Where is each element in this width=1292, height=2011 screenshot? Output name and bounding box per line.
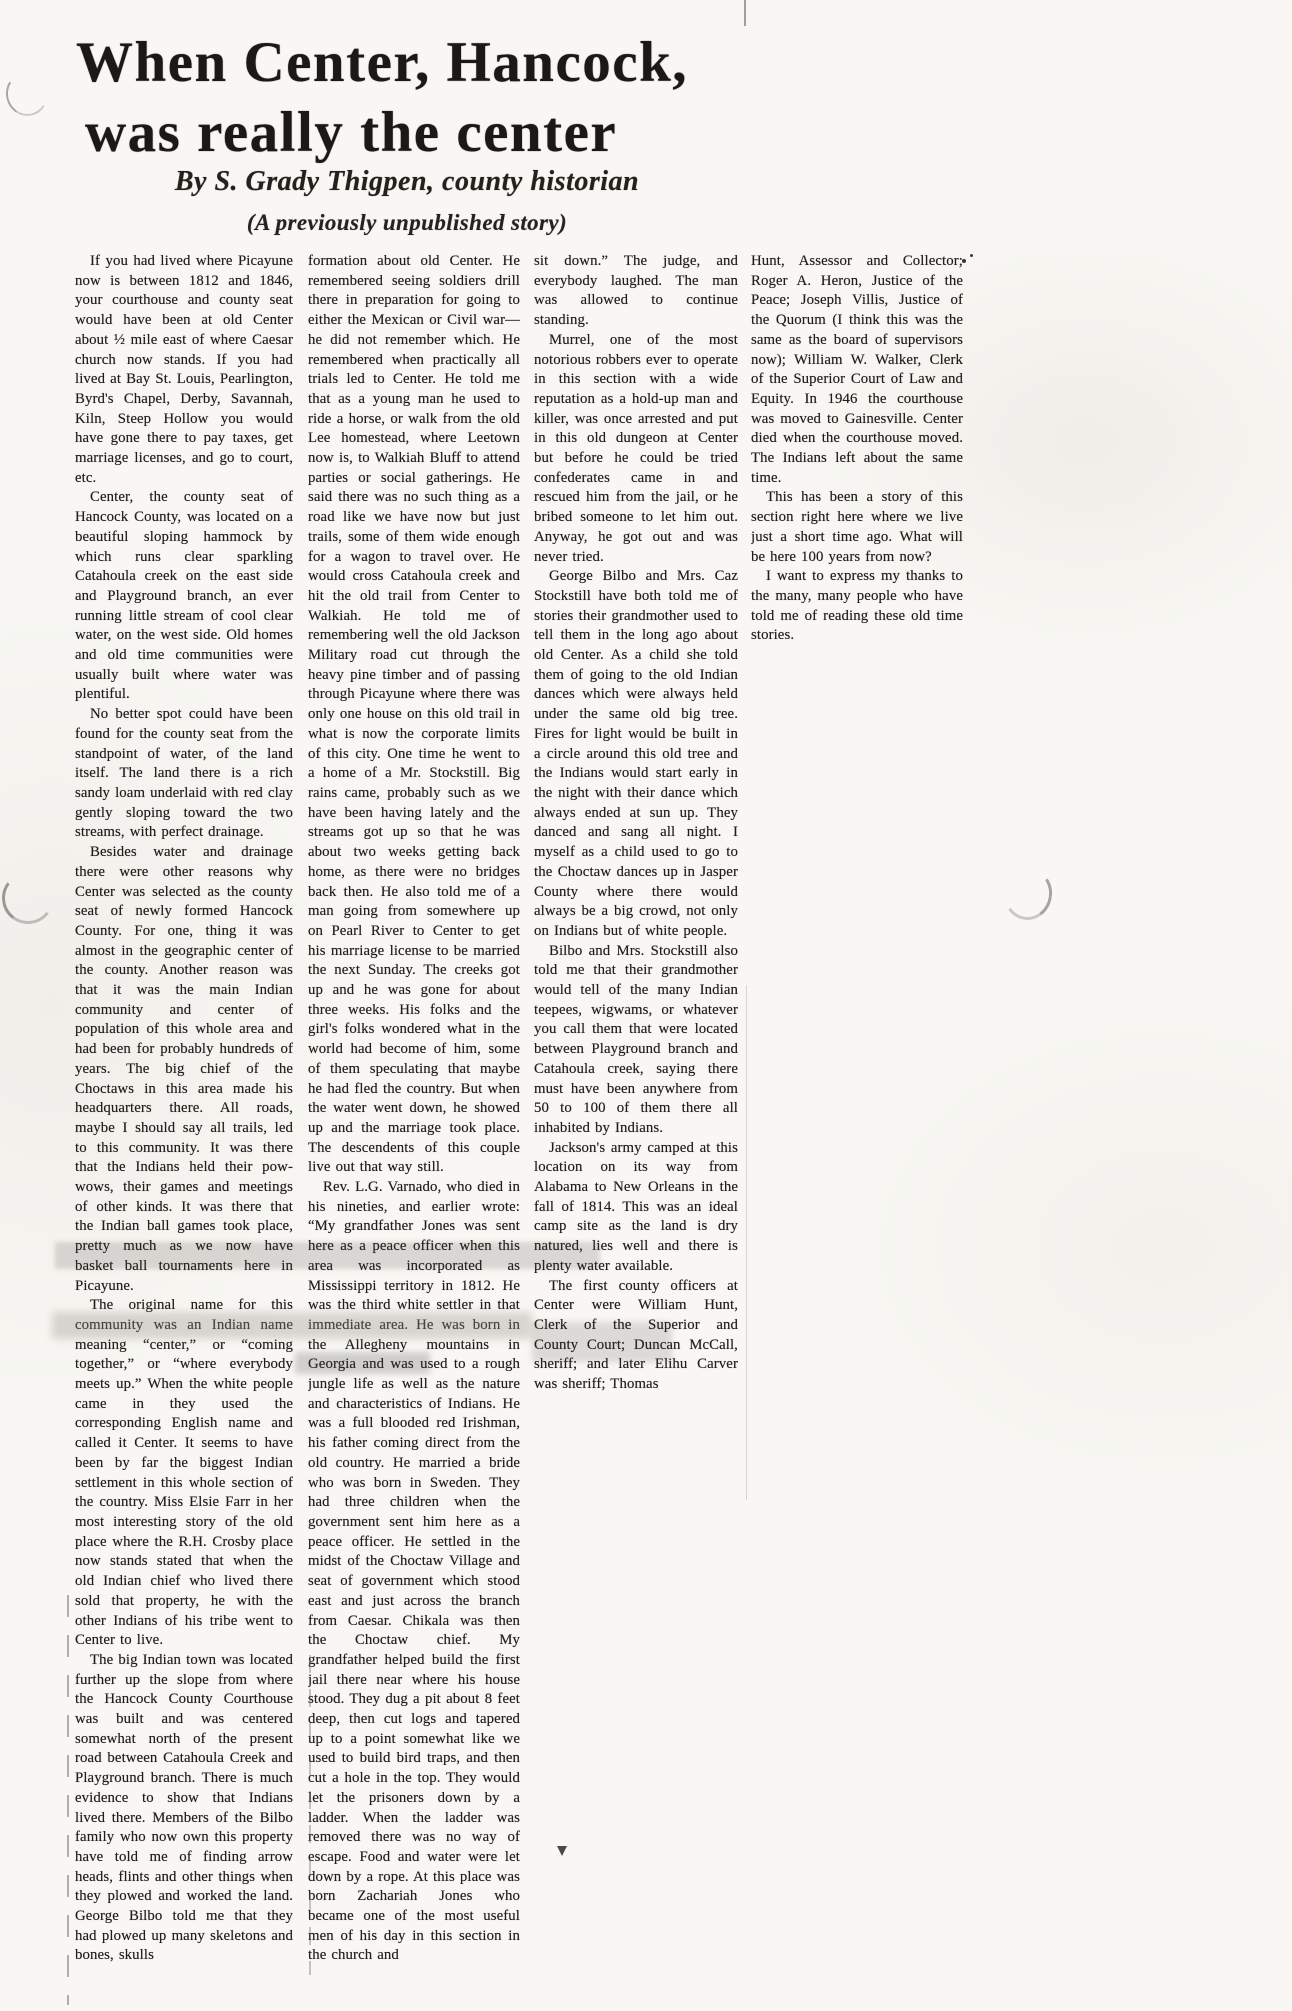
paragraph: Center, the county seat of Hancock Count… bbox=[75, 488, 293, 705]
paragraph: Rev. L.G. Varnado, who died in his ninet… bbox=[308, 1178, 520, 1966]
paragraph: This has been a story of this section ri… bbox=[751, 488, 963, 567]
punch-hole-arc-top-left bbox=[2, 68, 52, 120]
article-subtitle: (A previously unpublished story) bbox=[75, 210, 739, 236]
paragraph: Besides water and drainage there were ot… bbox=[75, 843, 293, 1296]
text-column-2: formation about old Center. He remembere… bbox=[308, 252, 520, 2011]
paragraph: Hunt, Assessor and Collector; Roger A. H… bbox=[751, 252, 963, 488]
paragraph: I want to express my thanks to the many,… bbox=[751, 567, 963, 646]
text-column-3: sit down.” The judge, and everybody laug… bbox=[534, 252, 738, 2011]
paragraph: Jackson's army camped at this location o… bbox=[534, 1139, 738, 1277]
article-byline: By S. Grady Thigpen, county historian bbox=[75, 166, 739, 198]
paragraph: George Bilbo and Mrs. Caz Stockstill hav… bbox=[534, 567, 738, 941]
paragraph: The big Indian town was located further … bbox=[75, 1651, 293, 1966]
paragraph: The original name for this community was… bbox=[75, 1296, 293, 1651]
punch-hole-arc-mid-left bbox=[0, 869, 57, 928]
headline-line-2: was really the center bbox=[76, 98, 740, 168]
column-rule-tick bbox=[744, 0, 746, 26]
paragraph: sit down.” The judge, and everybody laug… bbox=[534, 252, 738, 331]
text-column-1: If you had lived where Picayune now is b… bbox=[75, 252, 293, 2011]
punch-hole-arc-right bbox=[1000, 864, 1056, 924]
article-body: If you had lived where Picayune now is b… bbox=[75, 252, 963, 2011]
paragraph: No better spot could have been found for… bbox=[75, 705, 293, 843]
margin-crease-dashes bbox=[67, 1595, 69, 2005]
paragraph: Murrel, one of the most notorious robber… bbox=[534, 331, 738, 567]
paragraph: Bilbo and Mrs. Stockstill also told me t… bbox=[534, 942, 738, 1139]
headline-line-1: When Center, Hancock, bbox=[76, 28, 740, 98]
paragraph: The first county officers at Center were… bbox=[534, 1277, 738, 1395]
ink-speck bbox=[970, 254, 973, 257]
paragraph: formation about old Center. He remembere… bbox=[308, 252, 520, 1178]
newspaper-clipping: When Center, Hancock, was really the cen… bbox=[0, 0, 1292, 2011]
article-headline: When Center, Hancock, was really the cen… bbox=[76, 28, 740, 168]
paragraph: If you had lived where Picayune now is b… bbox=[75, 252, 293, 488]
text-column-4: Hunt, Assessor and Collector; Roger A. H… bbox=[751, 252, 963, 2011]
